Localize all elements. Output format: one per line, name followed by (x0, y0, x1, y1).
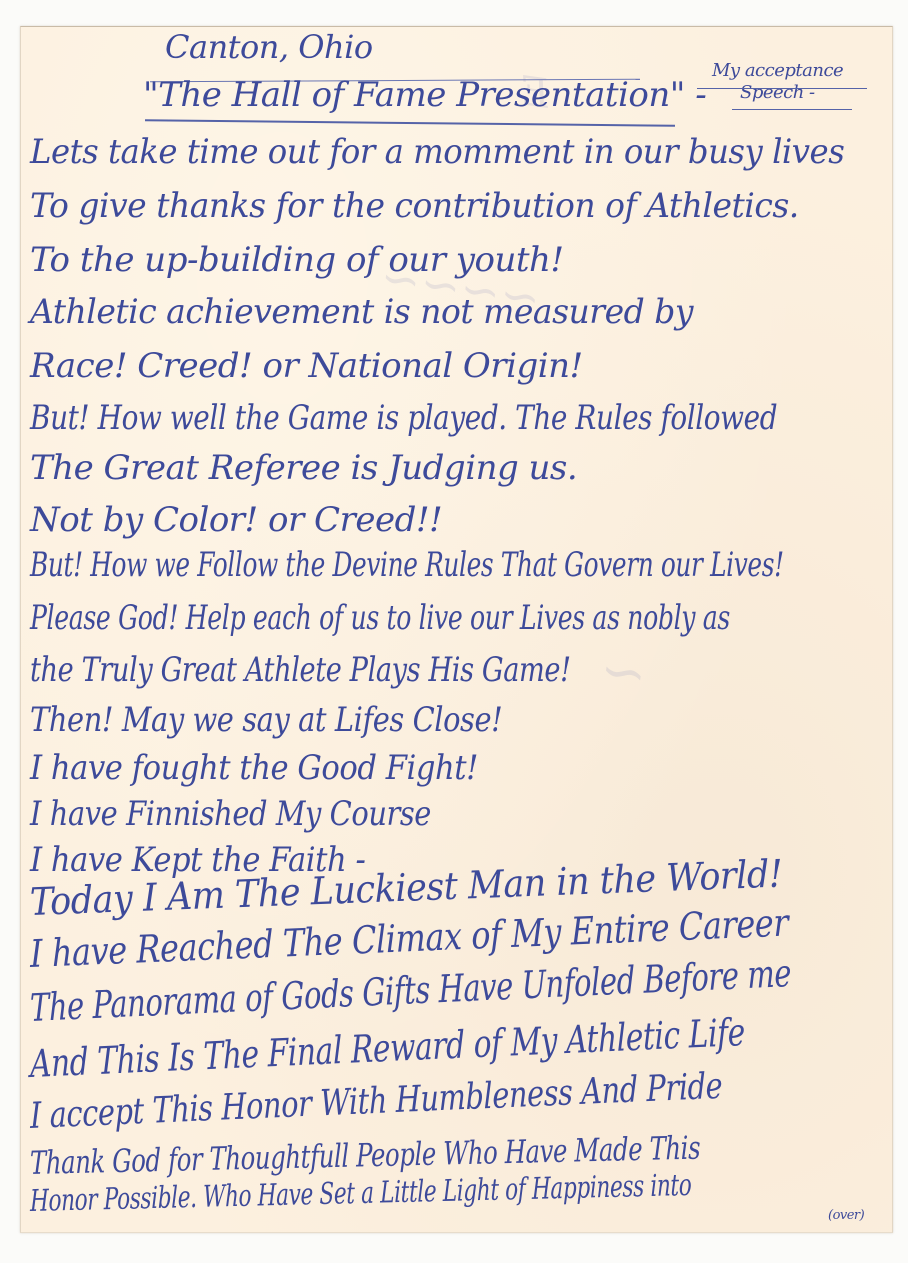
speech-line: Not by Color! or Creed!! (30, 500, 442, 540)
speech-line: Athletic achievement is not measured by (30, 292, 693, 332)
speech-line: I have Finnished My Course (30, 794, 431, 834)
speech-line: But! How we Follow the Devine Rules That… (30, 545, 784, 585)
speech-line: Please God! Help each of us to live our … (30, 598, 730, 638)
header-place: Canton, Ohio (165, 28, 373, 66)
speech-line: The Great Referee is Judging us. (30, 448, 577, 488)
speech-line: Lets take time out for a momment in our … (30, 132, 844, 172)
speech-line: Then! May we say at Lifes Close! (30, 700, 502, 740)
side-note: My acceptance Speech - (712, 60, 843, 104)
speech-line: But! How well the Game is played. The Ru… (30, 398, 777, 438)
speech-line: To the up-building of our youth! (30, 240, 564, 280)
side-note-line: Speech - (712, 82, 843, 104)
speech-line: Race! Creed! or National Origin! (30, 346, 583, 386)
speech-line: the Truly Great Athlete Plays His Game! (30, 650, 571, 690)
speech-line: To give thanks for the contribution of A… (30, 186, 799, 226)
side-note-underline (732, 109, 852, 110)
header-title: "The Hall of Fame Presentation" - (143, 75, 706, 115)
side-note-line: My acceptance (712, 60, 843, 82)
side-note-underline (697, 88, 867, 89)
continued-note: (over) (828, 1208, 864, 1223)
speech-line: I have fought the Good Fight! (30, 748, 478, 788)
